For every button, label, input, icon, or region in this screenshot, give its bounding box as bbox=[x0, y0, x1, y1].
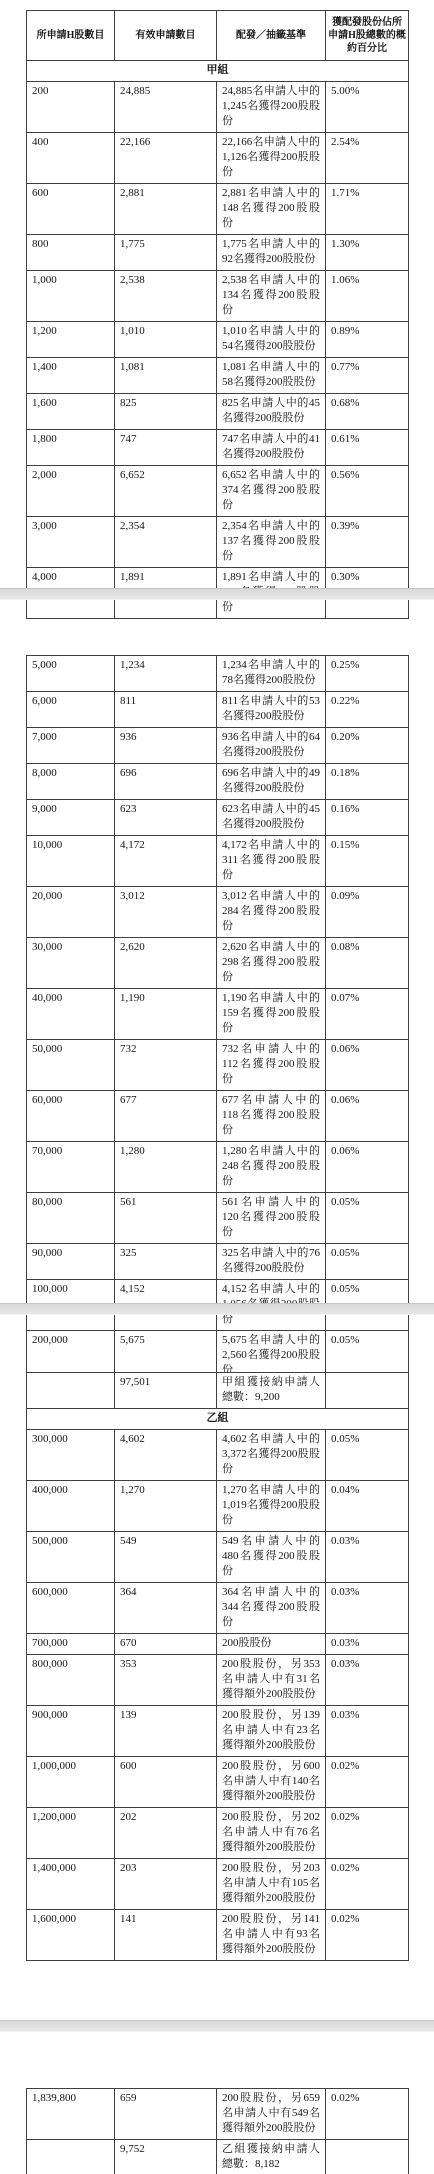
cell-approx-percentage: 0.02% bbox=[326, 1910, 409, 1961]
cell-approx-percentage: 1.30% bbox=[326, 235, 409, 271]
cell-valid-applications: 203 bbox=[115, 1859, 217, 1910]
cell-basis-of-allotment: 623名申請人中的45名獲得200股股份 bbox=[217, 800, 326, 836]
cell-approx-percentage: 0.06% bbox=[326, 1040, 409, 1091]
cell-valid-applications: 747 bbox=[115, 430, 217, 466]
cell-valid-applications: 1,081 bbox=[115, 358, 217, 394]
cell-shares-applied: 1,400 bbox=[27, 358, 115, 394]
table-row: 9,000623623名申請人中的45名獲得200股股份0.16% bbox=[27, 800, 409, 836]
cell-approx-percentage: 0.02% bbox=[326, 1859, 409, 1910]
cell-approx-percentage: 0.03% bbox=[326, 1532, 409, 1583]
cell-basis-of-allotment: 200股股份，另659名申請人中有549名獲得額外200股股份 bbox=[217, 2089, 326, 2140]
cell-approx-percentage: 0.61% bbox=[326, 430, 409, 466]
cell-valid-applications: 2,538 bbox=[115, 271, 217, 322]
cell-basis-of-allotment: 811名申請人中的53名獲得200股股份 bbox=[217, 692, 326, 728]
table-row: 1,200,000202200股股份，另202名申請人中有76名獲得額外200股… bbox=[27, 1808, 409, 1859]
cell-approx-percentage: 0.05% bbox=[326, 1244, 409, 1280]
table-row: 1,800747747名申請人中的41名獲得200股股份0.61% bbox=[27, 430, 409, 466]
table-row: 9,752乙組獲接納申請人總數：8,182 bbox=[27, 2140, 409, 2174]
table-row: 90,000325325名申請人中的76名獲得200股股份0.05% bbox=[27, 1244, 409, 1280]
cell-shares-applied: 2,000 bbox=[27, 466, 115, 517]
cell-shares-applied: 300,000 bbox=[27, 1430, 115, 1481]
column-header-valid-applications: 有效申請數目 bbox=[115, 11, 217, 61]
table-row: 900,000139200股股份，另139名申請人中有23名獲得額外200股股份… bbox=[27, 1706, 409, 1757]
cell-basis-of-allotment: 825名申請人中的45名獲得200股股份 bbox=[217, 394, 326, 430]
cell-basis-of-allotment: 22,166名申請人中的1,126名獲得200股股份 bbox=[217, 133, 326, 184]
cell-valid-applications: 22,166 bbox=[115, 133, 217, 184]
cell-valid-applications: 1,190 bbox=[115, 989, 217, 1040]
cell-shares-applied: 90,000 bbox=[27, 1244, 115, 1280]
cell-shares-applied: 1,200,000 bbox=[27, 1808, 115, 1859]
cell-basis-of-allotment: 2,538名申請人中的134名獲得200股股份 bbox=[217, 271, 326, 322]
cell-shares-applied: 5,000 bbox=[27, 656, 115, 692]
cell-basis-of-allotment: 6,652名申請人中的374名獲得200股股份 bbox=[217, 466, 326, 517]
table-row: 80,000561561名申請人中的120名獲得200股股份0.05% bbox=[27, 1193, 409, 1244]
cell-shares-applied: 600 bbox=[27, 184, 115, 235]
table-row: 6,000811811名申請人中的53名獲得200股股份0.22% bbox=[27, 692, 409, 728]
table-row: 500,000549549名申請人中的480名獲得200股股份0.03% bbox=[27, 1532, 409, 1583]
cell-valid-applications: 364 bbox=[115, 1583, 217, 1634]
allotment-table-group-a: 所申請H股數目 有效申請數目 配發／抽籤基準 獲配發股份佔所申請H股總數的概約百… bbox=[26, 10, 409, 619]
cell-shares-applied: 60,000 bbox=[27, 1091, 115, 1142]
cell-basis-of-allotment: 200股股份，另203名申請人中有105名獲得額外200股股份 bbox=[217, 1859, 326, 1910]
cell-approx-percentage: 2.54% bbox=[326, 133, 409, 184]
table-row: 20,0003,0123,012名申請人中的284名獲得200股股份0.09% bbox=[27, 887, 409, 938]
table-row: 400,0001,2701,270名申請人中的1,019名獲得200股股份0.0… bbox=[27, 1481, 409, 1532]
document-canvas: 所申請H股數目 有效申請數目 配發／抽籤基準 獲配發股份佔所申請H股總數的概約百… bbox=[0, 0, 434, 2174]
table-row: 30,0002,6202,620名申請人中的298名獲得200股股份0.08% bbox=[27, 938, 409, 989]
cell-valid-applications: 2,620 bbox=[115, 938, 217, 989]
cell-approx-percentage: 0.16% bbox=[326, 800, 409, 836]
cell-basis-of-allotment: 747名申請人中的41名獲得200股股份 bbox=[217, 430, 326, 466]
cell-basis-of-allotment: 4,602名申請人中的3,372名獲得200股股份 bbox=[217, 1430, 326, 1481]
table-row: 1,0002,5382,538名申請人中的134名獲得200股股份1.06% bbox=[27, 271, 409, 322]
table-row: 40,0001,1901,190名申請人中的159名獲得200股股份0.07% bbox=[27, 989, 409, 1040]
cell-shares-applied: 80,000 bbox=[27, 1193, 115, 1244]
table-row: 60,000677677名申請人中的118名獲得200股股份0.06% bbox=[27, 1091, 409, 1142]
cell-shares-applied: 3,000 bbox=[27, 517, 115, 568]
cell-shares-applied: 200 bbox=[27, 82, 115, 133]
cell-shares-applied: 40,000 bbox=[27, 989, 115, 1040]
cell-basis-of-allotment: 200股股份，另141名申請人中有93名獲得額外200股股份 bbox=[217, 1910, 326, 1961]
page-separator bbox=[0, 1303, 434, 1315]
cell-valid-applications: 677 bbox=[115, 1091, 217, 1142]
table-row: 97,501甲組獲接納申請人總數：9,200 bbox=[27, 1373, 409, 1409]
cell-shares-applied: 400,000 bbox=[27, 1481, 115, 1532]
cell-approx-percentage: 0.15% bbox=[326, 836, 409, 887]
cell-approx-percentage bbox=[326, 1373, 409, 1409]
cell-shares-applied: 800 bbox=[27, 235, 115, 271]
cell-approx-percentage: 0.56% bbox=[326, 466, 409, 517]
column-header-shares-applied: 所申請H股數目 bbox=[27, 11, 115, 61]
cell-shares-applied: 70,000 bbox=[27, 1142, 115, 1193]
cell-valid-applications: 4,602 bbox=[115, 1430, 217, 1481]
cell-basis-of-allotment: 732名申請人中的112名獲得200股股份 bbox=[217, 1040, 326, 1091]
cell-basis-of-allotment: 561名申請人中的120名獲得200股股份 bbox=[217, 1193, 326, 1244]
cell-shares-applied: 1,200 bbox=[27, 322, 115, 358]
table-row: 甲組 bbox=[27, 61, 409, 82]
cell-valid-applications: 825 bbox=[115, 394, 217, 430]
cell-approx-percentage: 0.08% bbox=[326, 938, 409, 989]
cell-shares-applied: 600,000 bbox=[27, 1583, 115, 1634]
table-row: 5,0001,2341,234名申請人中的78名獲得200股股份0.25% bbox=[27, 656, 409, 692]
cell-shares-applied: 1,000 bbox=[27, 271, 115, 322]
cell-valid-applications: 6,652 bbox=[115, 466, 217, 517]
table-row: 70,0001,2801,280名申請人中的248名獲得200股股份0.06% bbox=[27, 1142, 409, 1193]
table-row: 40022,16622,166名申請人中的1,126名獲得200股股份2.54% bbox=[27, 133, 409, 184]
cell-basis-of-allotment: 200股股份 bbox=[217, 1634, 326, 1655]
cell-approx-percentage: 0.20% bbox=[326, 728, 409, 764]
table-row: 1,000,000600200股股份，另600名申請人中有140名獲得額外200… bbox=[27, 1757, 409, 1808]
cell-approx-percentage: 0.02% bbox=[326, 2089, 409, 2140]
cell-basis-of-allotment: 200股股份，另202名申請人中有76名獲得額外200股股份 bbox=[217, 1808, 326, 1859]
cell-shares-applied: 10,000 bbox=[27, 836, 115, 887]
allotment-table-group-b-continued: 1,839,800659200股股份，另659名申請人中有549名獲得額外200… bbox=[26, 2088, 409, 2174]
cell-shares-applied: 500,000 bbox=[27, 1532, 115, 1583]
table-row: 600,000364364名申請人中的344名獲得200股股份0.03% bbox=[27, 1583, 409, 1634]
table-row: 1,400,000203200股股份，另203名申請人中有105名獲得額外200… bbox=[27, 1859, 409, 1910]
cell-valid-applications: 659 bbox=[115, 2089, 217, 2140]
cell-approx-percentage: 0.07% bbox=[326, 989, 409, 1040]
cell-basis-of-allotment: 4,172名申請人中的311名獲得200股股份 bbox=[217, 836, 326, 887]
table-row: 1,839,800659200股股份，另659名申請人中有549名獲得額外200… bbox=[27, 2089, 409, 2140]
cell-approx-percentage: 1.06% bbox=[326, 271, 409, 322]
cell-valid-applications: 3,012 bbox=[115, 887, 217, 938]
cell-approx-percentage bbox=[326, 2140, 409, 2174]
cell-approx-percentage: 0.03% bbox=[326, 1655, 409, 1706]
cell-basis-of-allotment: 364名申請人中的344名獲得200股股份 bbox=[217, 1583, 326, 1634]
cell-basis-of-allotment: 2,620名申請人中的298名獲得200股股份 bbox=[217, 938, 326, 989]
cell-valid-applications: 1,234 bbox=[115, 656, 217, 692]
cell-basis-of-allotment: 3,012名申請人中的284名獲得200股股份 bbox=[217, 887, 326, 938]
cell-shares-applied bbox=[27, 2140, 115, 2174]
cell-approx-percentage: 0.03% bbox=[326, 1634, 409, 1655]
cell-basis-of-allotment: 677名申請人中的118名獲得200股股份 bbox=[217, 1091, 326, 1142]
table-row: 乙組 bbox=[27, 1409, 409, 1430]
cell-valid-applications: 600 bbox=[115, 1757, 217, 1808]
cell-valid-applications: 2,354 bbox=[115, 517, 217, 568]
table-row: 10,0004,1724,172名申請人中的311名獲得200股股份0.15% bbox=[27, 836, 409, 887]
cell-valid-applications: 1,270 bbox=[115, 1481, 217, 1532]
cell-approx-percentage: 0.18% bbox=[326, 764, 409, 800]
cell-basis-of-allotment: 696名申請人中的49名獲得200股股份 bbox=[217, 764, 326, 800]
cell-approx-percentage: 0.02% bbox=[326, 1757, 409, 1808]
cell-basis-of-allotment: 1,775名申請人中的92名獲得200股股份 bbox=[217, 235, 326, 271]
column-header-row: 所申請H股數目 有效申請數目 配發／抽籤基準 獲配發股份佔所申請H股總數的概約百… bbox=[27, 11, 409, 61]
cell-basis-of-allotment: 2,354名申請人中的137名獲得200股股份 bbox=[217, 517, 326, 568]
table-row: 3,0002,3542,354名申請人中的137名獲得200股股份0.39% bbox=[27, 517, 409, 568]
column-header-basis-of-allotment: 配發／抽籤基準 bbox=[217, 11, 326, 61]
cell-shares-applied: 800,000 bbox=[27, 1655, 115, 1706]
table-row: 800,000353200股股份，另353名申請人中有31名獲得額外200股股份… bbox=[27, 1655, 409, 1706]
cell-basis-of-allotment: 1,010名申請人中的54名獲得200股股份 bbox=[217, 322, 326, 358]
cell-valid-applications: 696 bbox=[115, 764, 217, 800]
table-row: 6002,8812,881名申請人中的148名獲得200股股份1.71% bbox=[27, 184, 409, 235]
cell-basis-of-allotment: 200股股份，另600名申請人中有140名獲得額外200股股份 bbox=[217, 1757, 326, 1808]
cell-basis-of-allotment: 1,270名申請人中的1,019名獲得200股股份 bbox=[217, 1481, 326, 1532]
cell-approx-percentage: 0.05% bbox=[326, 1193, 409, 1244]
cell-approx-percentage: 5.00% bbox=[326, 82, 409, 133]
table-row: 1,600,000141200股股份，另141名申請人中有93名獲得額外200股… bbox=[27, 1910, 409, 1961]
page-separator bbox=[0, 588, 434, 600]
cell-valid-applications: 325 bbox=[115, 1244, 217, 1280]
cell-shares-applied: 700,000 bbox=[27, 1634, 115, 1655]
cell-approx-percentage: 0.39% bbox=[326, 517, 409, 568]
cell-approx-percentage: 1.71% bbox=[326, 184, 409, 235]
cell-basis-of-allotment: 1,234名申請人中的78名獲得200股股份 bbox=[217, 656, 326, 692]
cell-approx-percentage: 0.25% bbox=[326, 656, 409, 692]
allotment-table-group-a-continued: 5,0001,2341,234名申請人中的78名獲得200股股份0.25%6,0… bbox=[26, 655, 409, 1382]
cell-approx-percentage: 0.09% bbox=[326, 887, 409, 938]
cell-approx-percentage: 0.03% bbox=[326, 1583, 409, 1634]
cell-valid-applications: 1,010 bbox=[115, 322, 217, 358]
table-row: 1,4001,0811,081名申請人中的58名獲得200股股份0.77% bbox=[27, 358, 409, 394]
cell-valid-applications: 732 bbox=[115, 1040, 217, 1091]
table-row: 700,000670200股股份0.03% bbox=[27, 1634, 409, 1655]
cell-approx-percentage: 0.04% bbox=[326, 1481, 409, 1532]
table-row: 7,000936936名申請人中的64名獲得200股股份0.20% bbox=[27, 728, 409, 764]
cell-shares-applied: 9,000 bbox=[27, 800, 115, 836]
cell-valid-applications: 2,881 bbox=[115, 184, 217, 235]
cell-valid-applications: 202 bbox=[115, 1808, 217, 1859]
cell-valid-applications: 936 bbox=[115, 728, 217, 764]
cell-shares-applied: 8,000 bbox=[27, 764, 115, 800]
table-row: 8,000696696名申請人中的49名獲得200股股份0.18% bbox=[27, 764, 409, 800]
cell-basis-of-allotment: 1,190名申請人中的159名獲得200股股份 bbox=[217, 989, 326, 1040]
cell-shares-applied: 1,400,000 bbox=[27, 1859, 115, 1910]
cell-shares-applied bbox=[27, 1373, 115, 1409]
cell-shares-applied: 1,839,800 bbox=[27, 2089, 115, 2140]
cell-basis-of-allotment: 200股股份，另353名申請人中有31名獲得額外200股股份 bbox=[217, 1655, 326, 1706]
cell-shares-applied: 50,000 bbox=[27, 1040, 115, 1091]
page-separator bbox=[0, 2020, 434, 2032]
cell-basis-of-allotment: 549名申請人中的480名獲得200股股份 bbox=[217, 1532, 326, 1583]
cell-valid-applications: 353 bbox=[115, 1655, 217, 1706]
table-row: 50,000732732名申請人中的112名獲得200股股份0.06% bbox=[27, 1040, 409, 1091]
cell-shares-applied: 6,000 bbox=[27, 692, 115, 728]
cell-basis-of-allotment: 24,885名申請人中的1,245名獲得200股股份 bbox=[217, 82, 326, 133]
cell-shares-applied: 1,000,000 bbox=[27, 1757, 115, 1808]
cell-approx-percentage: 0.05% bbox=[326, 1430, 409, 1481]
cell-approx-percentage: 0.68% bbox=[326, 394, 409, 430]
cell-valid-applications: 141 bbox=[115, 1910, 217, 1961]
cell-valid-applications: 4,172 bbox=[115, 836, 217, 887]
cell-valid-applications: 549 bbox=[115, 1532, 217, 1583]
cell-approx-percentage: 0.89% bbox=[326, 322, 409, 358]
cell-valid-applications: 811 bbox=[115, 692, 217, 728]
cell-shares-applied: 30,000 bbox=[27, 938, 115, 989]
cell-approx-percentage: 0.77% bbox=[326, 358, 409, 394]
cell-basis-of-allotment: 甲組獲接納申請人總數：9,200 bbox=[217, 1373, 326, 1409]
cell-basis-of-allotment: 乙組獲接納申請人總數：8,182 bbox=[217, 2140, 326, 2174]
table-row: 1,600825825名申請人中的45名獲得200股股份0.68% bbox=[27, 394, 409, 430]
cell-valid-applications: 1,280 bbox=[115, 1142, 217, 1193]
cell-approx-percentage: 0.06% bbox=[326, 1142, 409, 1193]
cell-valid-applications: 1,775 bbox=[115, 235, 217, 271]
cell-basis-of-allotment: 325名申請人中的76名獲得200股股份 bbox=[217, 1244, 326, 1280]
table-row: 2,0006,6526,652名申請人中的374名獲得200股股份0.56% bbox=[27, 466, 409, 517]
cell-valid-applications: 623 bbox=[115, 800, 217, 836]
cell-basis-of-allotment: 2,881名申請人中的148名獲得200股股份 bbox=[217, 184, 326, 235]
cell-shares-applied: 1,600,000 bbox=[27, 1910, 115, 1961]
cell-shares-applied: 1,600 bbox=[27, 394, 115, 430]
cell-shares-applied: 1,800 bbox=[27, 430, 115, 466]
group-header: 甲組 bbox=[27, 61, 409, 82]
cell-approx-percentage: 0.03% bbox=[326, 1706, 409, 1757]
cell-valid-applications: 9,752 bbox=[115, 2140, 217, 2174]
cell-valid-applications: 561 bbox=[115, 1193, 217, 1244]
column-header-approx-percentage: 獲配發股份佔所申請H股總數的概約百分比 bbox=[326, 11, 409, 61]
table-row: 8001,7751,775名申請人中的92名獲得200股股份1.30% bbox=[27, 235, 409, 271]
cell-basis-of-allotment: 1,280名申請人中的248名獲得200股股份 bbox=[217, 1142, 326, 1193]
allotment-table-group-b: 97,501甲組獲接納申請人總數：9,200乙組300,0004,6024,60… bbox=[26, 1372, 409, 1961]
cell-basis-of-allotment: 936名申請人中的64名獲得200股股份 bbox=[217, 728, 326, 764]
cell-approx-percentage: 0.02% bbox=[326, 1808, 409, 1859]
cell-valid-applications: 24,885 bbox=[115, 82, 217, 133]
cell-shares-applied: 400 bbox=[27, 133, 115, 184]
cell-basis-of-allotment: 200股股份，另139名申請人中有23名獲得額外200股股份 bbox=[217, 1706, 326, 1757]
cell-approx-percentage: 0.06% bbox=[326, 1091, 409, 1142]
cell-valid-applications: 670 bbox=[115, 1634, 217, 1655]
group-header: 乙組 bbox=[27, 1409, 409, 1430]
cell-valid-applications: 97,501 bbox=[115, 1373, 217, 1409]
cell-basis-of-allotment: 1,081名申請人中的58名獲得200股股份 bbox=[217, 358, 326, 394]
table-row: 300,0004,6024,602名申請人中的3,372名獲得200股股份0.0… bbox=[27, 1430, 409, 1481]
cell-valid-applications: 139 bbox=[115, 1706, 217, 1757]
table-row: 20024,88524,885名申請人中的1,245名獲得200股股份5.00% bbox=[27, 82, 409, 133]
cell-shares-applied: 900,000 bbox=[27, 1706, 115, 1757]
cell-approx-percentage: 0.22% bbox=[326, 692, 409, 728]
cell-shares-applied: 20,000 bbox=[27, 887, 115, 938]
cell-shares-applied: 7,000 bbox=[27, 728, 115, 764]
table-row: 1,2001,0101,010名申請人中的54名獲得200股股份0.89% bbox=[27, 322, 409, 358]
